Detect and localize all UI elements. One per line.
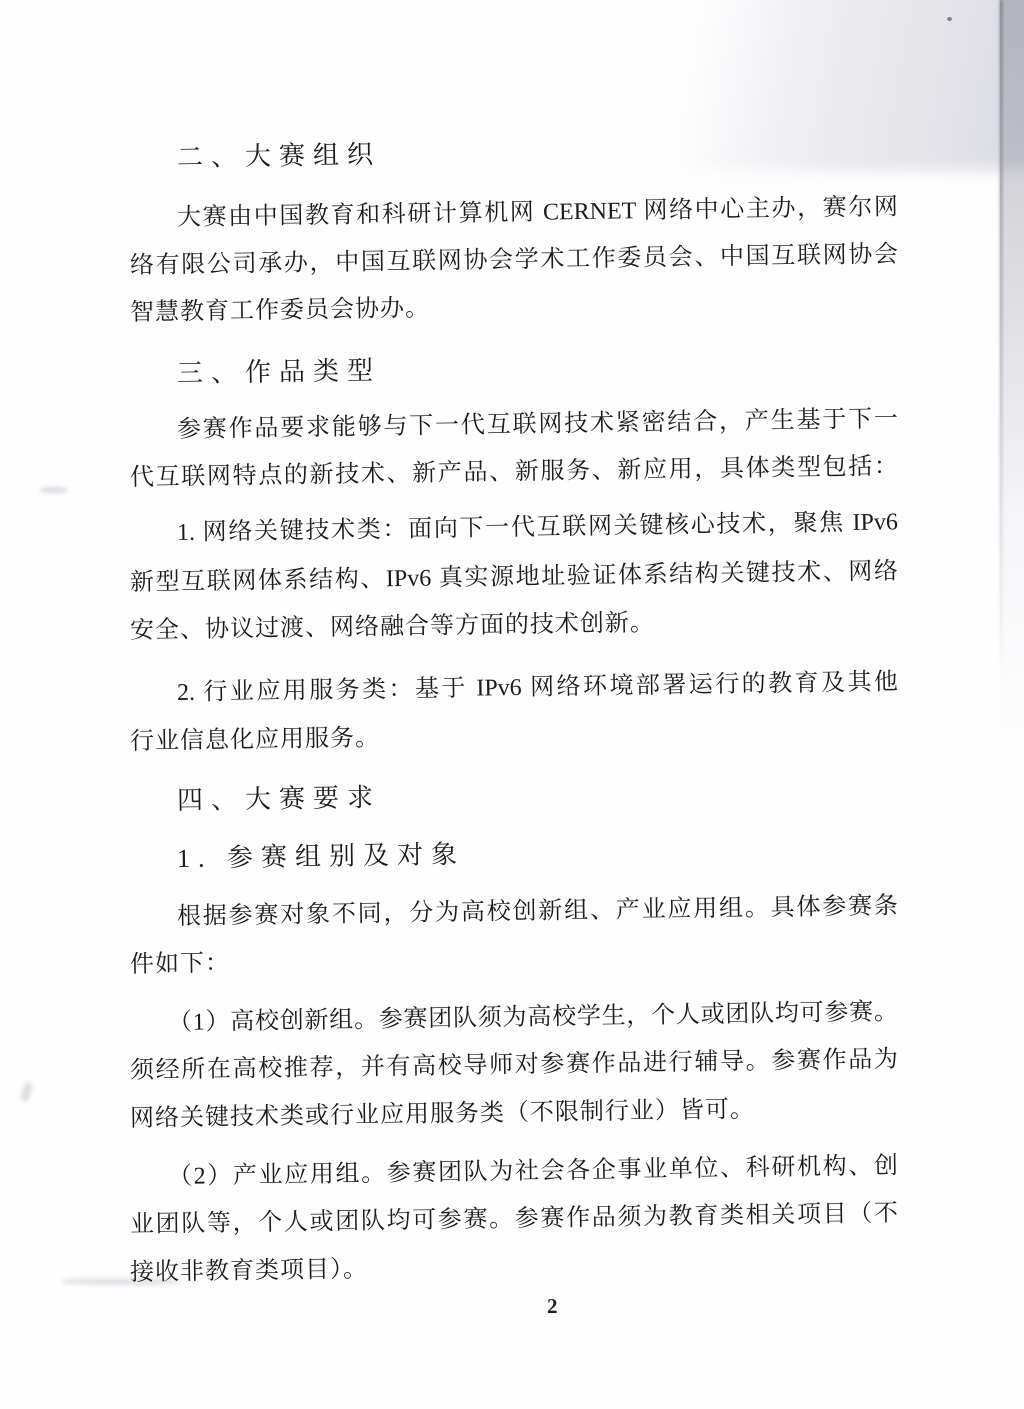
doc-line: 代互联网特点的新技术、新产品、新服务、新应用，具体类型包括：: [130, 449, 898, 496]
page-edge-shadow-line: [999, 0, 1003, 710]
doc-line: 大赛由中国教育和科研计算机网 CERNET 网络中心主办，赛尔网: [177, 189, 898, 236]
heading-section-4-requirements: 四、大赛要求: [177, 772, 898, 819]
scan-smudge: [40, 487, 68, 493]
doc-line: 安全、协议过渡、网络融合等方面的技术创新。: [130, 602, 898, 649]
scan-speck: [947, 17, 952, 21]
doc-line: 接收非教育类项目）。: [130, 1244, 898, 1291]
page-number: 2: [547, 1294, 558, 1319]
doc-line: 网络关键技术类或行业应用服务类（不限制行业）皆可。: [130, 1090, 898, 1137]
doc-line-item-1-network-tech: 1. 网络关键技术类：面向下一代互联网关键核心技术，聚焦 IPv6: [177, 504, 898, 551]
doc-line-group-2-industry: （2）产业应用组。参赛团队为社会各企事业单位、科研机构、创: [168, 1148, 898, 1195]
doc-line: 新型互联网体系结构、IPv6 真实源地址验证体系结构关键技术、网络: [130, 554, 898, 601]
doc-line: 智慧教育工作委员会协办。: [130, 284, 898, 331]
heading-section-3-work-types: 三、作品类型: [177, 345, 898, 392]
doc-line: 业团队等，个人或团队均可参赛。参赛作品须为教育类相关项目（不: [130, 1196, 898, 1243]
scan-smudge: [19, 1081, 34, 1103]
doc-line-group-1-university: （1）高校创新组。参赛团队须为高校学生，个人或团队均可参赛。: [168, 994, 898, 1041]
doc-line-item-2-industry-service: 2. 行业应用服务类：基于 IPv6 网络环境部署运行的教育及其他: [177, 664, 898, 711]
doc-line: 参赛作品要求能够与下一代互联网技术紧密结合，产生基于下一: [177, 401, 898, 448]
heading-section-2-organization: 二、大赛组织: [177, 129, 898, 176]
doc-line: 件如下：: [130, 936, 898, 983]
subheading-1-groups-and-targets: 1. 参赛组别及对象: [177, 830, 898, 877]
doc-line: 须经所在高校推荐，并有高校导师对参赛作品进行辅导。参赛作品为: [130, 1042, 898, 1089]
document-content: 二、大赛组织 大赛由中国教育和科研计算机网 CERNET 网络中心主办，赛尔网 …: [130, 0, 898, 1380]
scanned-document-page: 二、大赛组织 大赛由中国教育和科研计算机网 CERNET 网络中心主办，赛尔网 …: [0, 0, 1024, 1409]
page-edge-shadow-band: [1000, 0, 1024, 780]
doc-line: 络有限公司承办，中国互联网协会学术工作委员会、中国互联网协会: [130, 237, 898, 284]
doc-line: 行业信息化应用服务。: [130, 713, 898, 760]
doc-line: 根据参赛对象不同，分为高校创新组、产业应用组。具体参赛条: [177, 888, 898, 935]
